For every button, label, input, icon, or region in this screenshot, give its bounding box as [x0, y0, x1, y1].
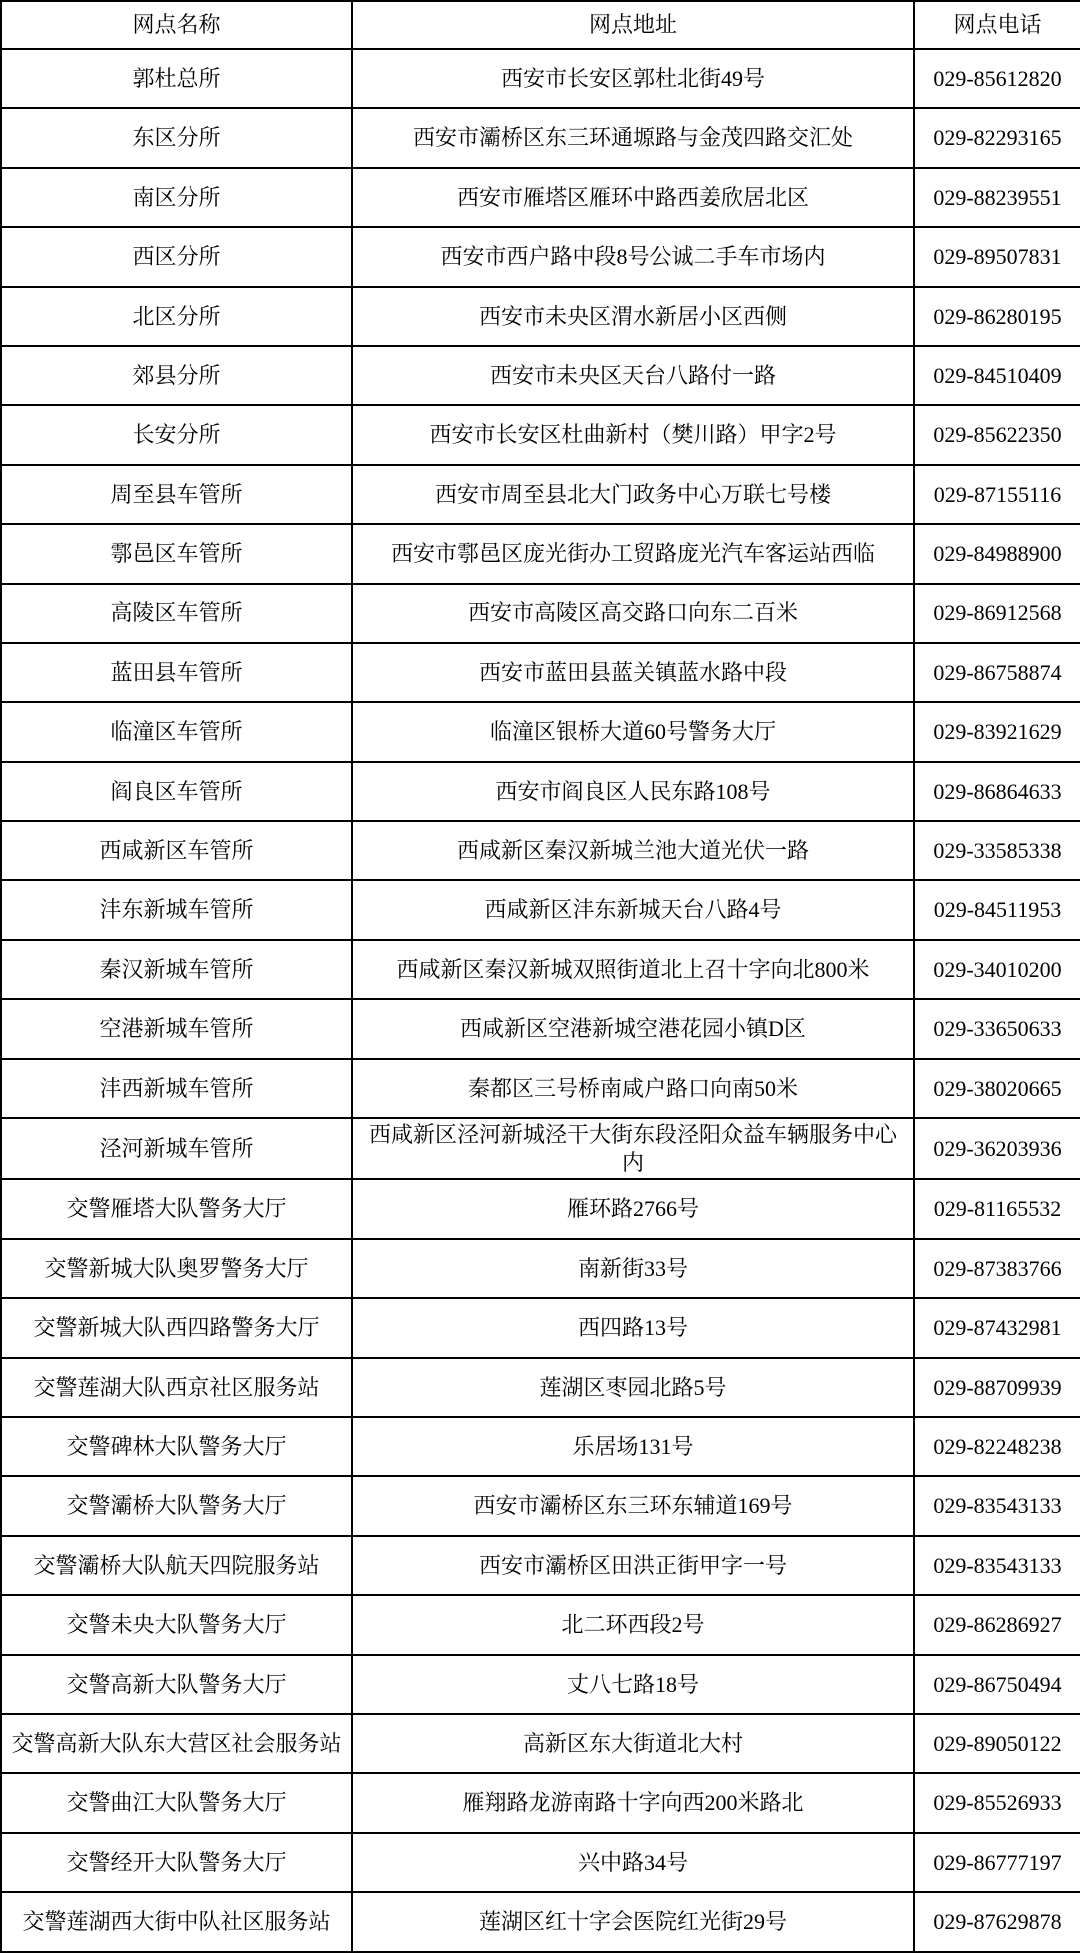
- branch-phone-cell: 029-89507831: [914, 227, 1080, 286]
- branch-name-cell: 南区分所: [1, 168, 352, 227]
- table-row: 南区分所 西安市雁塔区雁环中路西姜欣居北区 029-88239551: [1, 168, 1080, 227]
- branch-name-cell: 交警经开大队警务大厅: [1, 1833, 352, 1892]
- branch-name-cell: 秦汉新城车管所: [1, 940, 352, 999]
- branch-name-cell: 周至县车管所: [1, 465, 352, 524]
- branch-address-cell: 西咸新区秦汉新城兰池大道光伏一路: [352, 821, 914, 880]
- branch-phone-cell: 029-85612820: [914, 49, 1080, 108]
- branch-address-cell: 西安市未央区天台八路付一路: [352, 346, 914, 405]
- branch-phone-cell: 029-36203936: [914, 1118, 1080, 1179]
- branch-address-cell: 西安市鄠邑区庞光街办工贸路庞光汽车客运站西临: [352, 524, 914, 583]
- branch-phone-cell: 029-34010200: [914, 940, 1080, 999]
- branch-phone-cell: 029-87383766: [914, 1239, 1080, 1298]
- table-row: 交警新城大队西四路警务大厅 西四路13号 029-87432981: [1, 1298, 1080, 1357]
- branch-address-cell: 西安市西户路中段8号公诚二手车市场内: [352, 227, 914, 286]
- branch-address-cell: 西安市高陵区高交路口向东二百米: [352, 584, 914, 643]
- branch-address-cell: 莲湖区红十字会医院红光街29号: [352, 1892, 914, 1952]
- table-row: 鄠邑区车管所 西安市鄠邑区庞光街办工贸路庞光汽车客运站西临 029-849889…: [1, 524, 1080, 583]
- branch-address-cell: 兴中路34号: [352, 1833, 914, 1892]
- branch-phone-cell: 029-86777197: [914, 1833, 1080, 1892]
- branch-name-cell: 交警灞桥大队警务大厅: [1, 1476, 352, 1535]
- table-row: 沣西新城车管所 秦都区三号桥南咸户路口向南50米 029-38020665: [1, 1059, 1080, 1118]
- branch-phone-cell: 029-84511953: [914, 880, 1080, 939]
- branch-phone-cell: 029-33585338: [914, 821, 1080, 880]
- branch-phone-cell: 029-86286927: [914, 1595, 1080, 1654]
- table-row: 西咸新区车管所 西咸新区秦汉新城兰池大道光伏一路 029-33585338: [1, 821, 1080, 880]
- branch-name-cell: 交警新城大队西四路警务大厅: [1, 1298, 352, 1357]
- branch-phone-cell: 029-83543133: [914, 1536, 1080, 1595]
- branch-phone-cell: 029-89050122: [914, 1714, 1080, 1773]
- table-row: 泾河新城车管所 西咸新区泾河新城泾干大街东段泾阳众益车辆服务中心内 029-36…: [1, 1118, 1080, 1179]
- branch-phone-cell: 029-81165532: [914, 1179, 1080, 1238]
- table-row: 西区分所 西安市西户路中段8号公诚二手车市场内 029-89507831: [1, 227, 1080, 286]
- branch-address-cell: 莲湖区枣园北路5号: [352, 1358, 914, 1417]
- branch-address-cell: 西咸新区空港新城空港花园小镇D区: [352, 999, 914, 1058]
- table-row: 空港新城车管所 西咸新区空港新城空港花园小镇D区 029-33650633: [1, 999, 1080, 1058]
- branch-address-cell: 北二环西段2号: [352, 1595, 914, 1654]
- table-row: 交警碑林大队警务大厅 乐居场131号 029-82248238: [1, 1417, 1080, 1476]
- branch-address-cell: 西安市阎良区人民东路108号: [352, 762, 914, 821]
- branch-table: 网点名称 网点地址 网点电话 郭杜总所 西安市长安区郭杜北街49号 029-85…: [0, 0, 1080, 1953]
- table-row: 北区分所 西安市未央区渭水新居小区西侧 029-86280195: [1, 287, 1080, 346]
- branch-address-cell: 乐居场131号: [352, 1417, 914, 1476]
- branch-name-cell: 沣东新城车管所: [1, 880, 352, 939]
- table-row: 蓝田县车管所 西安市蓝田县蓝关镇蓝水路中段 029-86758874: [1, 643, 1080, 702]
- branch-address-cell: 西咸新区秦汉新城双照街道北上召十字向北800米: [352, 940, 914, 999]
- table-row: 临潼区车管所 临潼区银桥大道60号警务大厅 029-83921629: [1, 702, 1080, 761]
- branch-name-cell: 阎良区车管所: [1, 762, 352, 821]
- table-row: 东区分所 西安市灞桥区东三环通塬路与金茂四路交汇处 029-82293165: [1, 108, 1080, 167]
- branch-address-cell: 高新区东大街道北大村: [352, 1714, 914, 1773]
- branch-name-cell: 西区分所: [1, 227, 352, 286]
- branch-address-cell: 丈八七路18号: [352, 1655, 914, 1714]
- branch-phone-cell: 029-82248238: [914, 1417, 1080, 1476]
- branch-address-cell: 南新街33号: [352, 1239, 914, 1298]
- table-row: 长安分所 西安市长安区杜曲新村（樊川路）甲字2号 029-85622350: [1, 405, 1080, 464]
- branch-name-cell: 东区分所: [1, 108, 352, 167]
- branch-name-cell: 北区分所: [1, 287, 352, 346]
- branch-name-cell: 郭杜总所: [1, 49, 352, 108]
- table-header: 网点名称 网点地址 网点电话: [1, 1, 1080, 49]
- table-row: 高陵区车管所 西安市高陵区高交路口向东二百米 029-86912568: [1, 584, 1080, 643]
- branch-name-cell: 交警高新大队东大营区社会服务站: [1, 1714, 352, 1773]
- branch-phone-cell: 029-85622350: [914, 405, 1080, 464]
- branch-phone-cell: 029-85526933: [914, 1773, 1080, 1832]
- branch-phone-cell: 029-82293165: [914, 108, 1080, 167]
- branch-name-cell: 交警未央大队警务大厅: [1, 1595, 352, 1654]
- branch-phone-cell: 029-83921629: [914, 702, 1080, 761]
- branch-address-cell: 西安市灞桥区东三环通塬路与金茂四路交汇处: [352, 108, 914, 167]
- branch-address-cell: 秦都区三号桥南咸户路口向南50米: [352, 1059, 914, 1118]
- branch-phone-cell: 029-87155116: [914, 465, 1080, 524]
- branch-address-cell: 雁翔路龙游南路十字向西200米路北: [352, 1773, 914, 1832]
- table-row: 交警高新大队东大营区社会服务站 高新区东大街道北大村 029-89050122: [1, 1714, 1080, 1773]
- table-row: 交警经开大队警务大厅 兴中路34号 029-86777197: [1, 1833, 1080, 1892]
- branch-address-cell: 雁环路2766号: [352, 1179, 914, 1238]
- branch-phone-cell: 029-86864633: [914, 762, 1080, 821]
- branch-name-cell: 长安分所: [1, 405, 352, 464]
- branch-name-cell: 鄠邑区车管所: [1, 524, 352, 583]
- table-row: 交警灞桥大队航天四院服务站 西安市灞桥区田洪正街甲字一号 029-8354313…: [1, 1536, 1080, 1595]
- table-row: 周至县车管所 西安市周至县北大门政务中心万联七号楼 029-87155116: [1, 465, 1080, 524]
- branch-address-cell: 西安市灞桥区东三环东辅道169号: [352, 1476, 914, 1535]
- branch-address-cell: 西四路13号: [352, 1298, 914, 1357]
- branch-phone-cell: 029-87432981: [914, 1298, 1080, 1357]
- table-row: 交警高新大队警务大厅 丈八七路18号 029-86750494: [1, 1655, 1080, 1714]
- branch-address-cell: 西安市周至县北大门政务中心万联七号楼: [352, 465, 914, 524]
- branch-name-cell: 交警莲湖西大街中队社区服务站: [1, 1892, 352, 1952]
- branch-name-cell: 交警灞桥大队航天四院服务站: [1, 1536, 352, 1595]
- header-branch-address: 网点地址: [352, 1, 914, 49]
- branch-address-cell: 西安市雁塔区雁环中路西姜欣居北区: [352, 168, 914, 227]
- branch-phone-cell: 029-84988900: [914, 524, 1080, 583]
- table-row: 沣东新城车管所 西咸新区沣东新城天台八路4号 029-84511953: [1, 880, 1080, 939]
- branch-name-cell: 泾河新城车管所: [1, 1118, 352, 1179]
- branch-name-cell: 交警莲湖大队西京社区服务站: [1, 1358, 352, 1417]
- branch-address-cell: 西咸新区沣东新城天台八路4号: [352, 880, 914, 939]
- branch-phone-cell: 029-84510409: [914, 346, 1080, 405]
- table-row: 郭杜总所 西安市长安区郭杜北街49号 029-85612820: [1, 49, 1080, 108]
- table-row: 交警雁塔大队警务大厅 雁环路2766号 029-81165532: [1, 1179, 1080, 1238]
- branch-address-cell: 西安市长安区郭杜北街49号: [352, 49, 914, 108]
- table-row: 交警莲湖大队西京社区服务站 莲湖区枣园北路5号 029-88709939: [1, 1358, 1080, 1417]
- branch-address-cell: 西安市灞桥区田洪正街甲字一号: [352, 1536, 914, 1595]
- header-branch-name: 网点名称: [1, 1, 352, 49]
- table-row: 交警未央大队警务大厅 北二环西段2号 029-86286927: [1, 1595, 1080, 1654]
- branch-address-cell: 西安市未央区渭水新居小区西侧: [352, 287, 914, 346]
- table-row: 交警曲江大队警务大厅 雁翔路龙游南路十字向西200米路北 029-8552693…: [1, 1773, 1080, 1832]
- header-branch-phone: 网点电话: [914, 1, 1080, 49]
- branch-phone-cell: 029-86280195: [914, 287, 1080, 346]
- branch-name-cell: 交警高新大队警务大厅: [1, 1655, 352, 1714]
- table-row: 交警莲湖西大街中队社区服务站 莲湖区红十字会医院红光街29号 029-87629…: [1, 1892, 1080, 1952]
- branch-name-cell: 沣西新城车管所: [1, 1059, 352, 1118]
- branch-name-cell: 郊县分所: [1, 346, 352, 405]
- branch-phone-cell: 029-86750494: [914, 1655, 1080, 1714]
- branch-name-cell: 空港新城车管所: [1, 999, 352, 1058]
- branch-name-cell: 临潼区车管所: [1, 702, 352, 761]
- branch-phone-cell: 029-88239551: [914, 168, 1080, 227]
- branch-address-cell: 临潼区银桥大道60号警务大厅: [352, 702, 914, 761]
- table-row: 交警新城大队奥罗警务大厅 南新街33号 029-87383766: [1, 1239, 1080, 1298]
- branch-phone-cell: 029-88709939: [914, 1358, 1080, 1417]
- branch-name-cell: 高陵区车管所: [1, 584, 352, 643]
- branch-name-cell: 西咸新区车管所: [1, 821, 352, 880]
- branch-phone-cell: 029-86912568: [914, 584, 1080, 643]
- branch-address-cell: 西咸新区泾河新城泾干大街东段泾阳众益车辆服务中心内: [352, 1118, 914, 1179]
- branch-name-cell: 交警雁塔大队警务大厅: [1, 1179, 352, 1238]
- branch-phone-cell: 029-86758874: [914, 643, 1080, 702]
- branch-phone-cell: 029-83543133: [914, 1476, 1080, 1535]
- branch-phone-cell: 029-38020665: [914, 1059, 1080, 1118]
- table-row: 郊县分所 西安市未央区天台八路付一路 029-84510409: [1, 346, 1080, 405]
- branch-address-cell: 西安市长安区杜曲新村（樊川路）甲字2号: [352, 405, 914, 464]
- table-row: 秦汉新城车管所 西咸新区秦汉新城双照街道北上召十字向北800米 029-3401…: [1, 940, 1080, 999]
- branch-phone-cell: 029-33650633: [914, 999, 1080, 1058]
- branch-address-cell: 西安市蓝田县蓝关镇蓝水路中段: [352, 643, 914, 702]
- table-row: 阎良区车管所 西安市阎良区人民东路108号 029-86864633: [1, 762, 1080, 821]
- table-body: 郭杜总所 西安市长安区郭杜北街49号 029-85612820 东区分所 西安市…: [1, 49, 1080, 1952]
- branch-name-cell: 蓝田县车管所: [1, 643, 352, 702]
- branch-phone-cell: 029-87629878: [914, 1892, 1080, 1952]
- branch-name-cell: 交警新城大队奥罗警务大厅: [1, 1239, 352, 1298]
- branch-name-cell: 交警碑林大队警务大厅: [1, 1417, 352, 1476]
- table-row: 交警灞桥大队警务大厅 西安市灞桥区东三环东辅道169号 029-83543133: [1, 1476, 1080, 1535]
- branch-name-cell: 交警曲江大队警务大厅: [1, 1773, 352, 1832]
- header-row: 网点名称 网点地址 网点电话: [1, 1, 1080, 49]
